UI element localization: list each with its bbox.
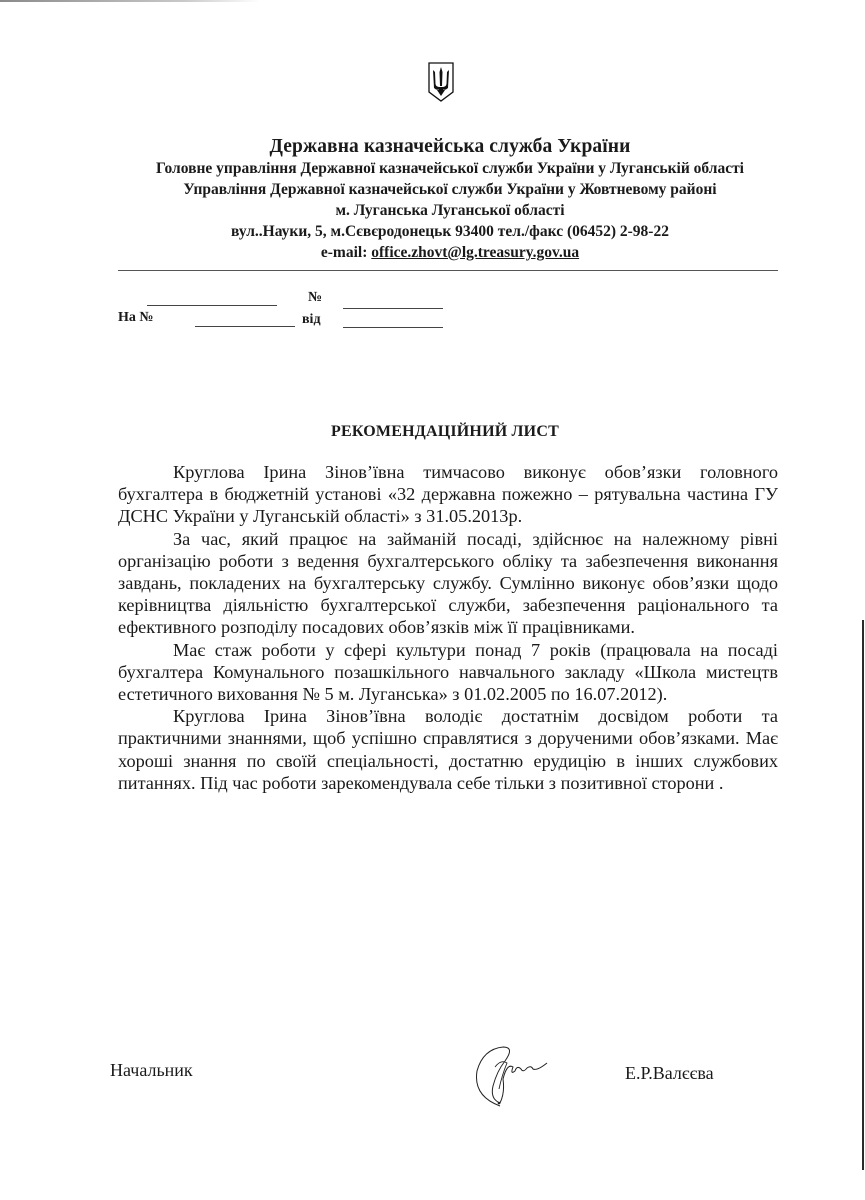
letterhead-line-main-directorate: Головне управління Державної казначейськ…	[0, 158, 865, 179]
paragraph-experience: Має стаж роботи у сфері культури понад 7…	[118, 639, 778, 706]
letterhead-line-city: м. Луганська Луганської області	[0, 200, 865, 221]
letterhead-line-address: вул..Науки, 5, м.Сєвєродонецьк 93400 тел…	[0, 221, 865, 242]
scan-edge-top	[0, 0, 260, 2]
letterhead-line-district-office: Управління Державної казначейської служб…	[0, 179, 865, 200]
reply-date-blank	[343, 327, 443, 328]
header-divider	[118, 270, 778, 271]
paragraph-position: Круглова Ірина Зінов’ївна тимчасово вико…	[118, 461, 778, 528]
document-title: РЕКОМЕНДАЦІЙНИЙ ЛИСТ	[0, 423, 865, 441]
trident-coat-of-arms-icon	[428, 62, 454, 102]
signatory-name: Е.Р.Валєєва	[625, 1063, 714, 1084]
letter-body: Круглова Ірина Зінов’ївна тимчасово вико…	[118, 461, 778, 794]
email-link[interactable]: office.zhovt@lg.treasury.gov.ua	[371, 244, 579, 261]
outgoing-number-blank	[343, 308, 443, 309]
scan-edge-right	[862, 620, 864, 1170]
organization-name: Державна казначейська служба України	[0, 136, 865, 158]
reply-to-label: На №	[118, 310, 153, 326]
reply-number-blank	[195, 326, 295, 327]
date-label: від	[302, 312, 321, 328]
outgoing-date-blank	[147, 305, 277, 306]
paragraph-duties: За час, який працює на займаній посаді, …	[118, 528, 778, 639]
handwritten-signature-icon	[455, 1041, 565, 1121]
paragraph-assessment: Круглова Ірина Зінов’ївна володіє достат…	[118, 705, 778, 794]
email-label: e-mail:	[321, 244, 371, 261]
letterhead-line-email: e-mail: office.zhovt@lg.treasury.gov.ua	[0, 242, 865, 263]
letterhead: Державна казначейська служба України Гол…	[0, 136, 865, 263]
number-label: №	[308, 290, 322, 306]
signatory-position: Начальник	[110, 1060, 193, 1081]
